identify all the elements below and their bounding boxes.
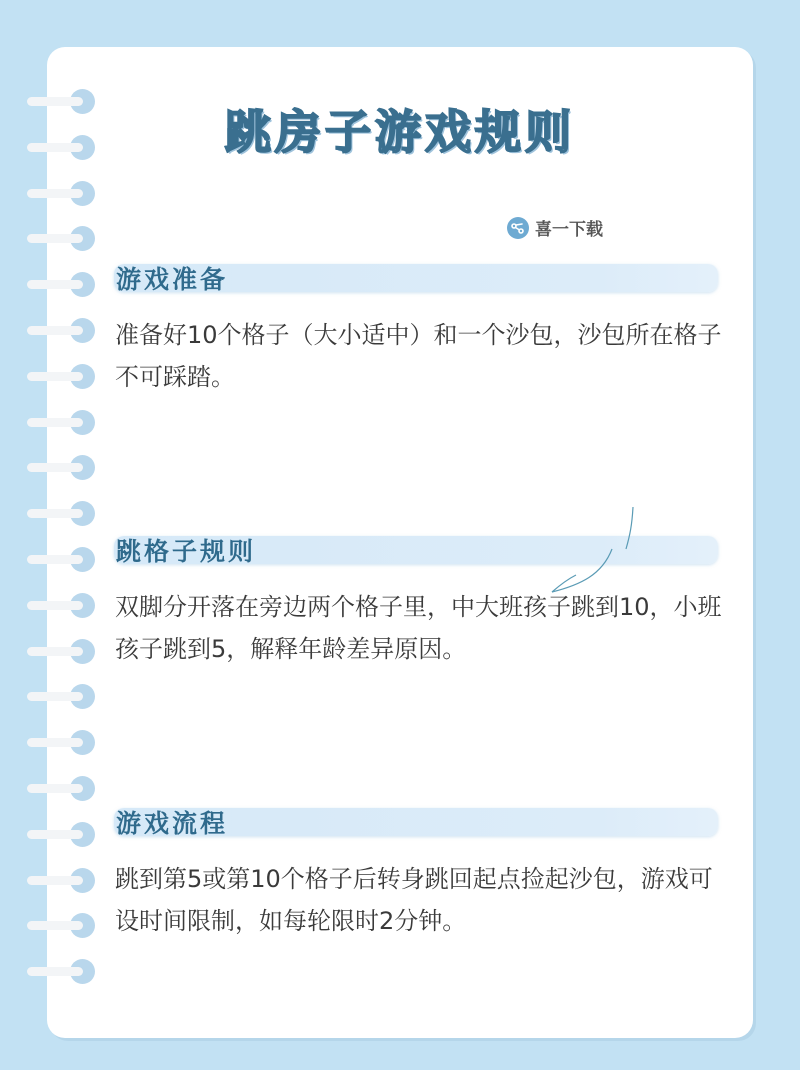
ring-wire xyxy=(27,280,83,289)
binder-ring xyxy=(0,730,100,756)
ring-wire xyxy=(27,463,83,472)
ring-wire xyxy=(27,738,83,747)
binder-ring xyxy=(0,822,100,848)
binder-ring xyxy=(0,684,100,710)
ring-wire xyxy=(27,921,83,930)
section-heading-label: 游戏流程 xyxy=(116,804,228,840)
section-body-preparation: 准备好10个格子（大小适中）和一个沙包，沙包所在格子不可踩踏。 xyxy=(115,314,725,398)
ring-wire xyxy=(27,234,83,243)
binder-ring xyxy=(0,913,100,939)
binder-ring xyxy=(0,593,100,619)
binder-ring xyxy=(0,318,100,344)
page-title: 跳房子游戏规则 xyxy=(0,96,800,162)
ring-wire xyxy=(27,692,83,701)
section-heading-preparation: 游戏准备 xyxy=(114,262,718,292)
section-heading-game-flow: 游戏流程 xyxy=(114,806,718,836)
binder-ring xyxy=(0,501,100,527)
binder-ring xyxy=(0,868,100,894)
ring-wire xyxy=(27,876,83,885)
ring-wire xyxy=(27,601,83,610)
binder-ring xyxy=(0,410,100,436)
ring-wire xyxy=(27,555,83,564)
section-heading-label: 跳格子规则 xyxy=(116,532,256,568)
ring-wire xyxy=(27,326,83,335)
binder-ring xyxy=(0,364,100,390)
binder-ring xyxy=(0,776,100,802)
binder-ring xyxy=(0,547,100,573)
binder-ring xyxy=(0,226,100,252)
binder-ring xyxy=(0,181,100,207)
ring-wire xyxy=(27,647,83,656)
watermark-text: 喜一下载 xyxy=(535,215,603,240)
share-link-icon xyxy=(507,217,529,239)
section-heading-label: 游戏准备 xyxy=(116,260,228,296)
ring-wire xyxy=(27,967,83,976)
binder-ring xyxy=(0,272,100,298)
section-body-game-flow: 跳到第5或第10个格子后转身跳回起点捡起沙包，游戏可设时间限制，如每轮限时2分钟… xyxy=(115,858,725,942)
binder-ring xyxy=(0,455,100,481)
watermark: 喜一下载 xyxy=(507,215,603,240)
ring-wire xyxy=(27,418,83,427)
ring-wire xyxy=(27,509,83,518)
ring-wire xyxy=(27,372,83,381)
ring-wire xyxy=(27,189,83,198)
ring-wire xyxy=(27,784,83,793)
binder-ring xyxy=(0,639,100,665)
decorative-swirl-icon xyxy=(540,505,650,605)
ring-wire xyxy=(27,830,83,839)
binder-ring xyxy=(0,959,100,985)
